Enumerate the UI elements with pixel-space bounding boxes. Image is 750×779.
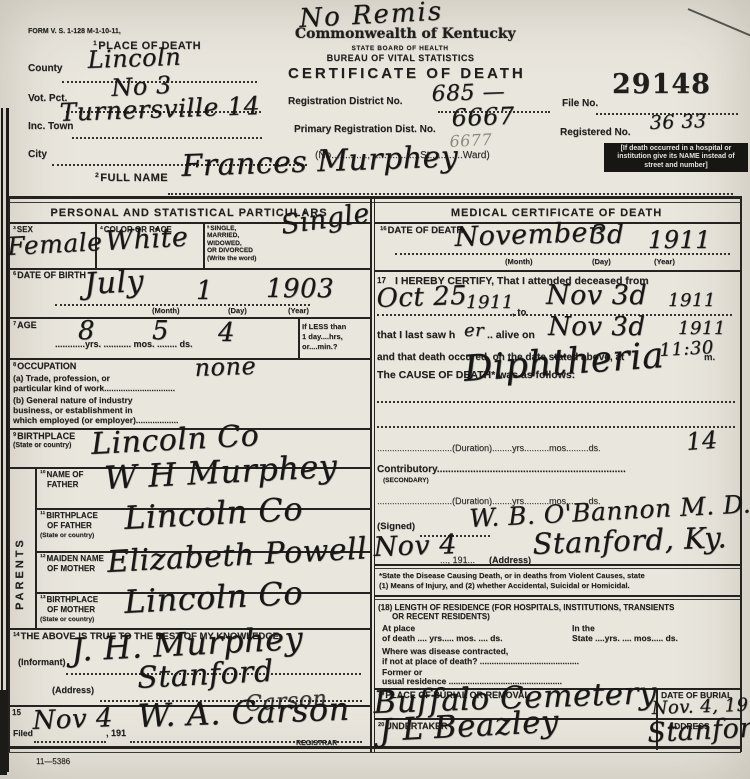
file-no-value: 29148 bbox=[612, 70, 711, 100]
registration-district-label: Registration District No. bbox=[288, 96, 402, 107]
age-years-value: 8 bbox=[78, 318, 95, 344]
marital-l4: OR DIVORCED bbox=[207, 247, 253, 254]
last-saw-date: Nov 3d bbox=[548, 314, 646, 340]
rule bbox=[8, 317, 371, 319]
registered-no-value: 36 33 bbox=[649, 112, 707, 133]
age-less-l3: or....min.? bbox=[302, 342, 337, 351]
mother-name-value: Elizabeth Powell bbox=[106, 534, 368, 578]
primary-registration-value: 6667 bbox=[451, 104, 515, 130]
registrar-signature: W. A. Carson bbox=[137, 693, 350, 732]
attended-from-date: Oct 25 bbox=[376, 283, 468, 312]
rule bbox=[740, 196, 742, 752]
date-of-death-title: 16DATE OF DEATH bbox=[380, 226, 463, 236]
binding-smudge bbox=[0, 690, 7, 775]
informant-caption: (Informant) bbox=[18, 658, 66, 668]
right-panel-header: MEDICAL CERTIFICATE OF DEATH bbox=[375, 207, 738, 219]
marital-l2: MARRIED, bbox=[207, 232, 239, 239]
cause-of-death-value: Diphtheria bbox=[462, 338, 665, 388]
hospital-instruction-note: [If death occurred in a hospital or inst… bbox=[604, 143, 748, 172]
dob-day-caption: (Day) bbox=[228, 307, 247, 315]
dob-month: July bbox=[83, 267, 144, 300]
father-birthplace-l1: BIRTHPLACE bbox=[46, 511, 98, 520]
filed-date-value: Nov 4 bbox=[32, 705, 113, 734]
death-month-caption: (Month) bbox=[505, 258, 532, 266]
item-number-11: 11 bbox=[40, 511, 45, 516]
item-number-6: 6 bbox=[13, 271, 16, 277]
marital-l3: WIDOWED, bbox=[207, 240, 242, 247]
occupation-b1: (b) General nature of industry bbox=[13, 396, 133, 405]
mother-name-title: 12MAIDEN NAME OF MOTHER bbox=[40, 554, 104, 573]
item-number-7: 7 bbox=[13, 321, 16, 327]
item-number-5: 5 bbox=[207, 224, 209, 229]
birthplace-title: 9BIRTHPLACE bbox=[13, 432, 75, 442]
file-no-label: File No. bbox=[562, 98, 598, 109]
father-birthplace-title: 11BIRTHPLACE OF FATHER (State or country… bbox=[40, 511, 98, 540]
age-less-l2: 1 day....hrs, bbox=[302, 332, 343, 341]
age-less-l1: If LESS than bbox=[302, 322, 346, 331]
father-birthplace-sub: (State or country) bbox=[40, 532, 94, 539]
attended-to-date: Nov 3d bbox=[546, 282, 647, 309]
dob-title: 6DATE OF BIRTH bbox=[13, 271, 86, 281]
item-number-4: 4 bbox=[100, 226, 103, 231]
age-units-line: ............yrs. ........... mos. ......… bbox=[55, 340, 193, 350]
father-birthplace-value: Lincoln Co bbox=[123, 493, 303, 534]
contributory-subcaption: (SECONDARY) bbox=[383, 477, 429, 484]
mother-birthplace-value: Lincoln Co bbox=[123, 577, 303, 618]
rule bbox=[298, 317, 300, 358]
residence-at-place-l2: of death .... yrs..... mos. .... ds. bbox=[382, 634, 502, 643]
age-title: 7AGE bbox=[13, 321, 37, 331]
cause-duration-line: ..............................(Duration)… bbox=[377, 444, 601, 454]
registered-no-label: Registered No. bbox=[560, 127, 631, 138]
item-number-13: 13 bbox=[40, 595, 46, 600]
binding-strip bbox=[1, 108, 3, 772]
occupation-value: none bbox=[194, 354, 256, 380]
father-name-title: 10NAME OF FATHER bbox=[40, 470, 83, 489]
occupation-label: OCCUPATION bbox=[17, 361, 76, 371]
fold-mark bbox=[688, 8, 750, 39]
rule bbox=[8, 752, 741, 753]
marital-value: Single bbox=[279, 200, 371, 239]
form-number: 11—5386 bbox=[36, 758, 70, 767]
contributory-label: Contributory............................… bbox=[377, 464, 626, 475]
date-of-death-label: DATE OF DEATH bbox=[388, 225, 464, 236]
residence-in-state-l2: State ....yrs. .... mos..... ds. bbox=[572, 634, 678, 643]
item-number-9: 9 bbox=[13, 432, 16, 438]
marital-l1: SINGLE, bbox=[210, 225, 236, 232]
dotted-line bbox=[377, 425, 735, 428]
age-days-value: 4 bbox=[218, 320, 235, 346]
dotted-line bbox=[377, 400, 735, 403]
rule bbox=[203, 222, 205, 268]
item-number-10: 10 bbox=[40, 470, 46, 475]
rule bbox=[8, 746, 741, 749]
item-number-2: 2 bbox=[95, 172, 99, 179]
cause-duration-days-value: 14 bbox=[685, 428, 718, 454]
inc-town-value: Turnersville 14 bbox=[59, 93, 260, 125]
mother-name-l1: MAIDEN NAME bbox=[47, 554, 104, 563]
dob-label: DATE OF BIRTH bbox=[17, 270, 86, 280]
birthplace-label: BIRTHPLACE bbox=[17, 431, 75, 441]
mother-birthplace-sub: (State or country) bbox=[40, 616, 94, 623]
rule bbox=[370, 196, 372, 752]
informant-address-value: Stanford bbox=[136, 657, 274, 694]
death-year-caption: (Year) bbox=[654, 258, 675, 266]
father-birthplace-l2: OF FATHER bbox=[47, 521, 92, 530]
filed-item-number: 15 bbox=[12, 709, 21, 718]
full-name-value: Frances Murphey bbox=[181, 142, 459, 182]
death-day-value: 3d bbox=[590, 222, 624, 248]
item-number-14: 14 bbox=[13, 632, 20, 638]
item-number-3: 3 bbox=[13, 226, 16, 231]
occupation-b2: business, or establishment in bbox=[13, 406, 133, 415]
last-saw-year: 1911 bbox=[678, 320, 726, 338]
county-value: Lincoln bbox=[87, 45, 181, 72]
rule bbox=[8, 196, 10, 752]
item-number-16: 16 bbox=[380, 226, 387, 232]
mother-name-l2: OF MOTHER bbox=[47, 564, 95, 573]
state-board-line: STATE BOARD OF HEALTH bbox=[320, 45, 480, 52]
informant-address-caption: (Address) bbox=[52, 686, 94, 696]
disease-contracted-l1: Where was disease contracted, bbox=[382, 647, 508, 656]
item-number-12: 12 bbox=[40, 554, 46, 559]
age-months-value: 5 bbox=[152, 318, 169, 344]
death-day-caption: (Day) bbox=[592, 258, 611, 266]
occupation-a1: (a) Trade, profession, or bbox=[13, 374, 110, 383]
death-month-value: November bbox=[454, 219, 602, 251]
full-name-label: FULL NAME bbox=[100, 172, 168, 184]
dob-year: 1903 bbox=[266, 276, 334, 302]
filed-label: Filed bbox=[13, 729, 33, 738]
race-value: White bbox=[105, 224, 189, 255]
full-name-title: 2FULL NAME bbox=[95, 172, 168, 184]
rule bbox=[375, 599, 740, 600]
attended-to-year: 1911 bbox=[668, 292, 716, 310]
marital-l5: (Write the word) bbox=[207, 255, 256, 262]
certify-line3b: .. alive on bbox=[487, 330, 535, 342]
occupation-a2: particular kind of work.................… bbox=[13, 384, 175, 393]
mother-birthplace-l2: OF MOTHER bbox=[47, 605, 95, 614]
item-number-18: (18) bbox=[378, 603, 392, 612]
father-name-l1: NAME OF bbox=[47, 470, 84, 479]
sex-value: Female bbox=[7, 229, 103, 259]
mother-birthplace-l1: BIRTHPLACE bbox=[47, 595, 99, 604]
dotted-line bbox=[34, 740, 106, 743]
rule bbox=[374, 196, 375, 752]
disease-contracted-l2: if not at place of death? ..............… bbox=[382, 657, 579, 666]
residence-in-state-l1: In the bbox=[572, 624, 595, 633]
occupation-title: 8OCCUPATION bbox=[13, 362, 76, 372]
residence-at-place-l1: At place bbox=[382, 624, 415, 633]
primary-registration-label: Primary Registration Dist. No. bbox=[294, 124, 436, 135]
mother-birthplace-title: 13BIRTHPLACE OF MOTHER (State or country… bbox=[40, 595, 98, 624]
dob-day: 1 bbox=[196, 278, 213, 304]
father-name-value: W H Murphey bbox=[103, 450, 338, 494]
city-label: City bbox=[28, 149, 47, 160]
residence-label: LENGTH OF RESIDENCE (FOR HOSPITALS, INST… bbox=[394, 603, 674, 612]
father-name-l2: FATHER bbox=[47, 480, 78, 489]
age-less-note: If LESS than 1 day....hrs, or....min.? bbox=[302, 322, 346, 351]
undertaker-address-value: Stanford bbox=[647, 714, 750, 747]
attended-from-year: 1911 bbox=[466, 294, 514, 312]
residence-title-l2: OR RECENT RESIDENTS) bbox=[392, 613, 490, 622]
dotted-line bbox=[168, 192, 733, 195]
dob-month-caption: (Month) bbox=[152, 307, 179, 315]
undertaker-value: J L Beazley bbox=[378, 707, 559, 747]
rule bbox=[375, 568, 740, 569]
county-label: County bbox=[28, 63, 62, 74]
filed-year-printed: , 191 bbox=[106, 729, 126, 739]
rule bbox=[375, 564, 740, 566]
certify-line3a: that I last saw h bbox=[377, 330, 455, 342]
death-certificate-scan: FORM V. S. 1-128 M-1-10-11, 1PLACE OF DE… bbox=[0, 0, 750, 779]
dob-year-caption: (Year) bbox=[288, 307, 309, 315]
age-label: AGE bbox=[17, 320, 37, 330]
item-number-8: 8 bbox=[13, 362, 16, 368]
rule bbox=[375, 595, 740, 597]
rule bbox=[375, 270, 740, 272]
primary-registration-pencil: 6677 bbox=[449, 132, 492, 150]
rule bbox=[35, 467, 37, 628]
form-code: FORM V. S. 1-128 M-1-10-11, bbox=[28, 28, 121, 36]
last-saw-pronoun: er bbox=[464, 322, 484, 340]
marital-title: 5SINGLE, MARRIED, WIDOWED, OR DIVORCED (… bbox=[207, 225, 256, 262]
death-time-unit: m. bbox=[704, 353, 715, 363]
birthplace-subcaption: (State or country) bbox=[13, 442, 71, 450]
footnote-line2: (1) Means of Injury, and (2) whether Acc… bbox=[379, 582, 630, 590]
signed-address-value: Stanford, Ky. bbox=[532, 523, 728, 559]
registrar-caption: REGISTRAR bbox=[296, 740, 337, 748]
death-year-value: 1911 bbox=[648, 228, 711, 252]
footnote-line1: *State the Disease Causing Death, or in … bbox=[379, 572, 645, 580]
commonwealth-title: Commonwealth of Kentucky bbox=[295, 27, 505, 42]
dotted-line bbox=[72, 136, 262, 139]
bureau-line: BUREAU OF VITAL STATISTICS bbox=[308, 54, 493, 64]
rule bbox=[8, 358, 371, 360]
parents-vertical-label: PARENTS bbox=[14, 537, 26, 610]
